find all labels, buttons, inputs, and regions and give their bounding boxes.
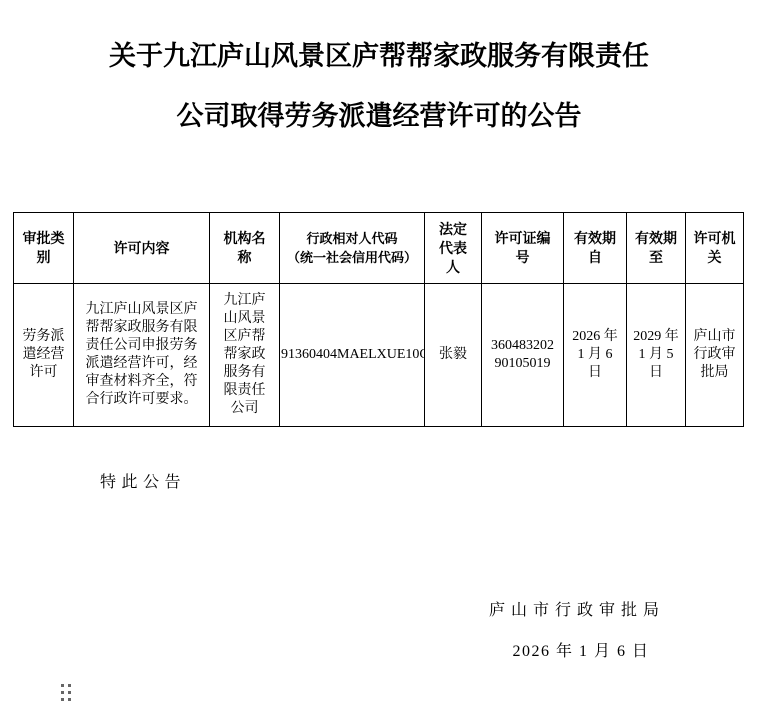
- table-header-row: 审批类 别 许可内容 机构名 称 行政相对人代码 （统一社会信用代码） 法定 代…: [14, 213, 744, 284]
- col-header-valid-to: 有效期 至: [627, 213, 686, 284]
- cell-credit-code: 91360404MAELXUE10G: [280, 284, 425, 427]
- signature-agency: 庐山市行政审批局: [452, 601, 702, 621]
- license-announcement-table: 审批类 别 许可内容 机构名 称 行政相对人代码 （统一社会信用代码） 法定 代…: [13, 212, 744, 427]
- col-header-approval-category: 审批类 别: [14, 213, 74, 284]
- col-header-legal-representative: 法定 代表 人: [425, 213, 482, 284]
- col-header-credit-code: 行政相对人代码 （统一社会信用代码）: [280, 213, 425, 284]
- cell-legal-representative: 张毅: [425, 284, 482, 427]
- col-header-valid-from: 有效期 自: [564, 213, 627, 284]
- col-header-authority: 许可机 关: [686, 213, 744, 284]
- cell-authority: 庐山市行政审批局: [686, 284, 744, 427]
- cell-license-content: 九江庐山风景区庐帮帮家政服务有限责任公司申报劳务派遣经营许可，经审查材料齐全，符…: [74, 284, 210, 427]
- table-row: 劳务派遣经营许可 九江庐山风景区庐帮帮家政服务有限责任公司申报劳务派遣经营许可，…: [14, 284, 744, 427]
- cell-license-no: 360483202 90105019: [482, 284, 564, 427]
- cell-valid-from: 2026 年 1 月 6 日: [564, 284, 627, 427]
- dots-grid-icon: [61, 684, 71, 701]
- license-no-line-2: 90105019: [484, 355, 561, 373]
- col-header-license-content: 许可内容: [74, 213, 210, 284]
- signature-date: 2026 年 1 月 6 日: [452, 642, 702, 662]
- page-title-line-1: 关于九江庐山风景区庐帮帮家政服务有限责任: [0, 26, 758, 86]
- page-title: 关于九江庐山风景区庐帮帮家政服务有限责任 公司取得劳务派遣经营许可的公告: [0, 26, 758, 146]
- license-no-line-1: 360483202: [484, 337, 561, 355]
- cell-valid-to: 2029 年 1 月 5 日: [627, 284, 686, 427]
- cell-approval-category: 劳务派遣经营许可: [14, 284, 74, 427]
- cell-org-name: 九江庐山风景区庐帮帮家政服务有限责任公司: [210, 284, 280, 427]
- signature-block: 庐山市行政审批局 2026 年 1 月 6 日: [452, 601, 702, 662]
- page-title-line-2: 公司取得劳务派遣经营许可的公告: [0, 86, 758, 146]
- col-header-license-no: 许可证编 号: [482, 213, 564, 284]
- closing-text: 特此公告: [100, 473, 186, 493]
- col-header-org-name: 机构名 称: [210, 213, 280, 284]
